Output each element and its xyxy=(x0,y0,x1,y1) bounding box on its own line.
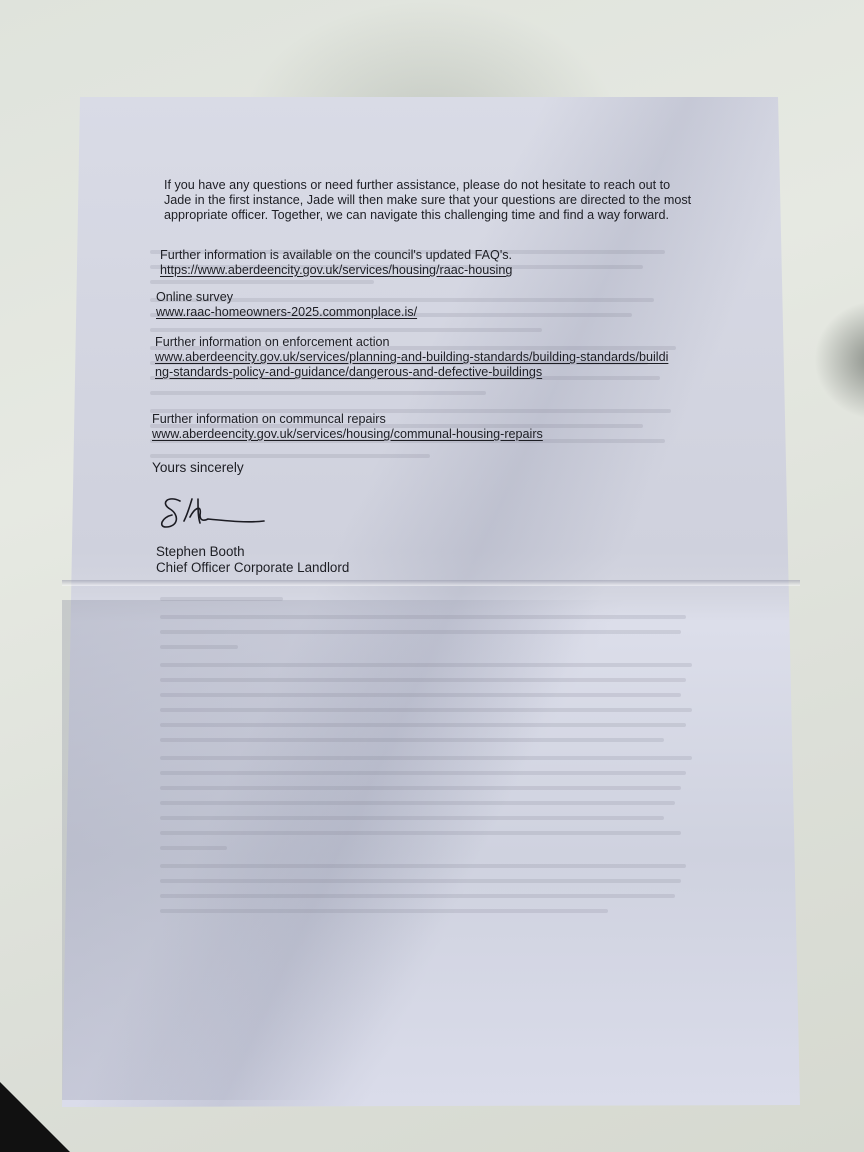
communal-repairs-section: Further information on communcal repairs… xyxy=(152,412,543,442)
signatory-title: Chief Officer Corporate Landlord xyxy=(156,560,349,576)
intro-paragraph: If you have any questions or need furthe… xyxy=(164,178,699,223)
desk-object-shadow xyxy=(814,300,864,420)
faq-section: Further information is available on the … xyxy=(160,248,512,278)
communal-repairs-heading: Further information on communcal repairs xyxy=(152,412,543,427)
faq-heading: Further information is available on the … xyxy=(160,248,512,263)
communal-repairs-link[interactable]: www.aberdeencity.gov.uk/services/housing… xyxy=(152,427,543,441)
letter-body: If you have any questions or need furthe… xyxy=(150,178,710,234)
survey-heading: Online survey xyxy=(156,290,417,305)
enforcement-section: Further information on enforcement actio… xyxy=(155,335,675,380)
survey-link[interactable]: www.raac-homeowners-2025.commonplace.is/ xyxy=(156,305,417,319)
signatory-name: Stephen Booth xyxy=(156,544,245,560)
paper-fold-line xyxy=(62,580,800,586)
show-through-text-lower xyxy=(160,597,720,924)
enforcement-heading: Further information on enforcement actio… xyxy=(155,335,675,350)
survey-section: Online survey www.raac-homeowners-2025.c… xyxy=(156,290,417,320)
signature-icon xyxy=(158,493,268,538)
enforcement-link[interactable]: www.aberdeencity.gov.uk/services/plannin… xyxy=(155,350,668,379)
closing: Yours sincerely xyxy=(152,460,244,475)
dark-corner-object xyxy=(0,1082,70,1152)
faq-link[interactable]: https://www.aberdeencity.gov.uk/services… xyxy=(160,263,512,277)
